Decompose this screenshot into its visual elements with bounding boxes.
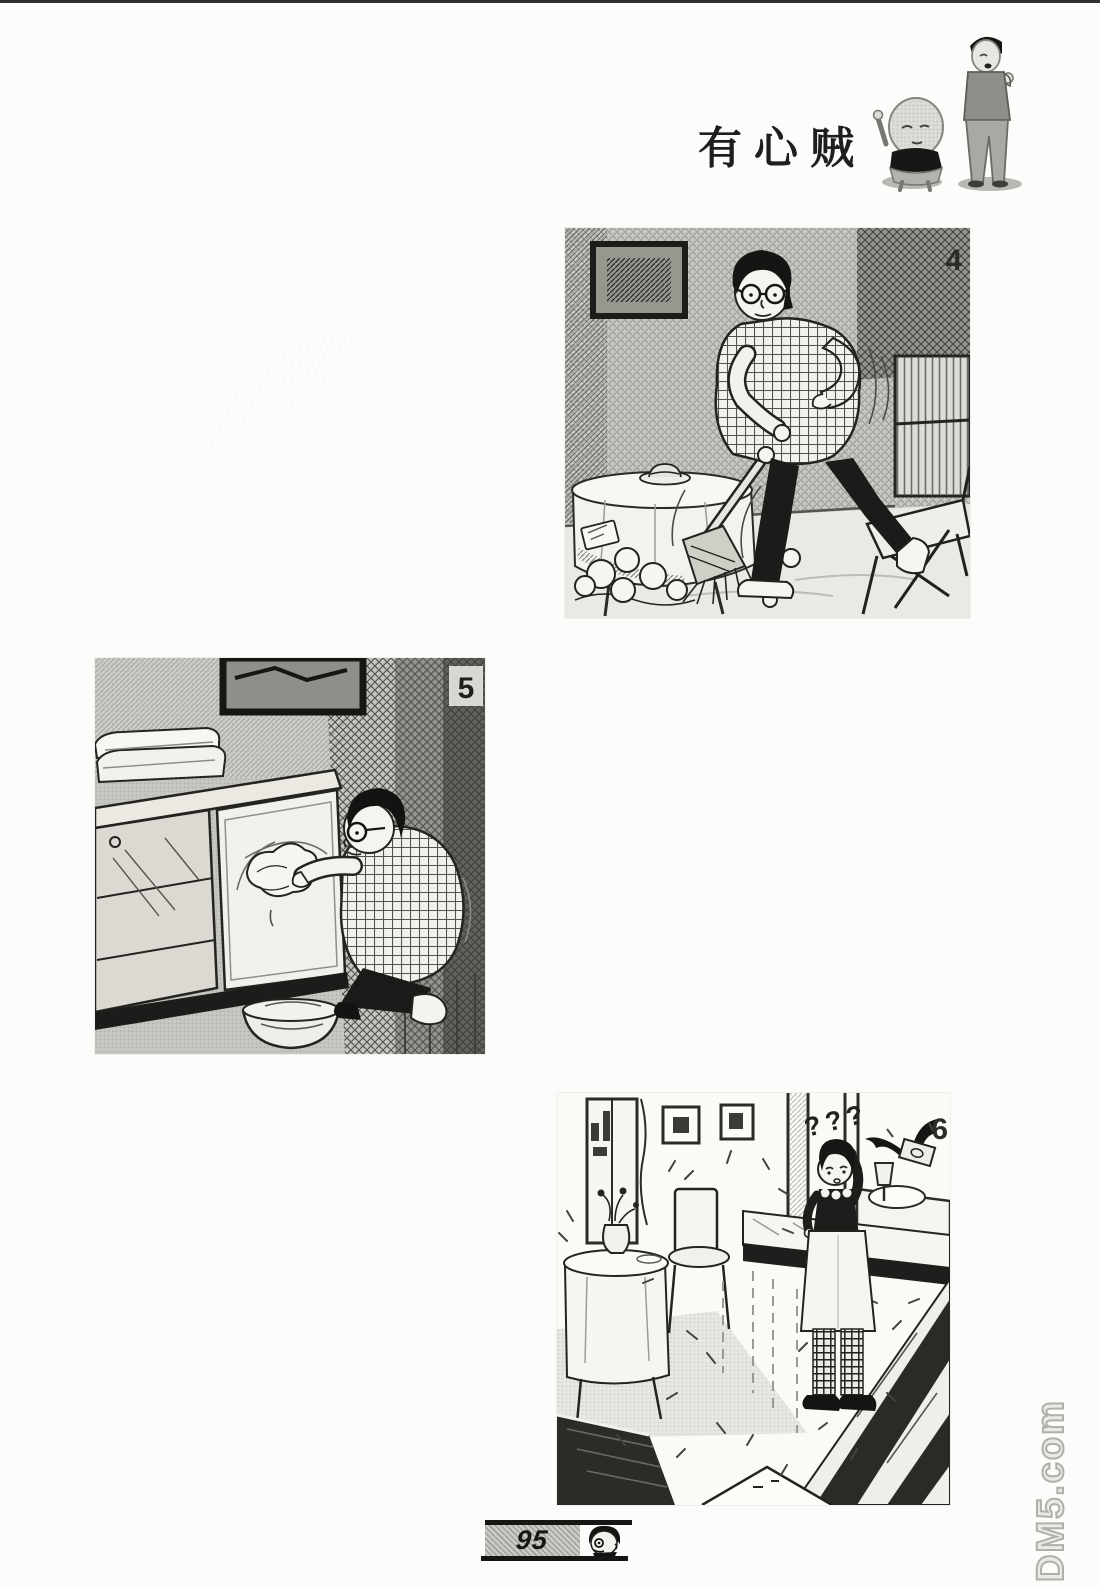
door: [895, 356, 970, 496]
page-number: 95: [515, 1525, 550, 1556]
boy-character-icon: [874, 98, 944, 190]
page-number-band: 95: [485, 1525, 580, 1556]
panel-number-4: 4: [945, 244, 962, 277]
man-shadow: [958, 177, 1022, 191]
panel-number-5: 5: [458, 672, 475, 705]
page-title: 有心贼: [698, 112, 866, 176]
man-character-icon: [964, 37, 1013, 188]
picture-frame: [593, 244, 685, 316]
footer-mascot-face-icon: [581, 1522, 627, 1558]
mascot-characters-illustration: [872, 24, 1037, 194]
folded-quilts: [95, 728, 225, 782]
page-footer: 95: [480, 1518, 642, 1564]
vase-icon: [603, 1225, 629, 1253]
comic-panel-6: ??? 6: [557, 1093, 950, 1505]
panel-number-6: 6: [931, 1113, 948, 1146]
lamp-icon: [875, 1163, 893, 1185]
footer-bottom-bar: [481, 1556, 628, 1561]
picture-frame: [223, 658, 363, 712]
top-border-line: [0, 0, 1100, 3]
comic-page: 有心贼: [0, 0, 1100, 1586]
scan-smudge: [102, 301, 358, 700]
watermark: DM5.com: [1030, 1382, 1073, 1582]
comic-panel-5: 5: [95, 658, 485, 1054]
comic-panel-4: 4: [565, 228, 970, 618]
window: [587, 1099, 647, 1243]
